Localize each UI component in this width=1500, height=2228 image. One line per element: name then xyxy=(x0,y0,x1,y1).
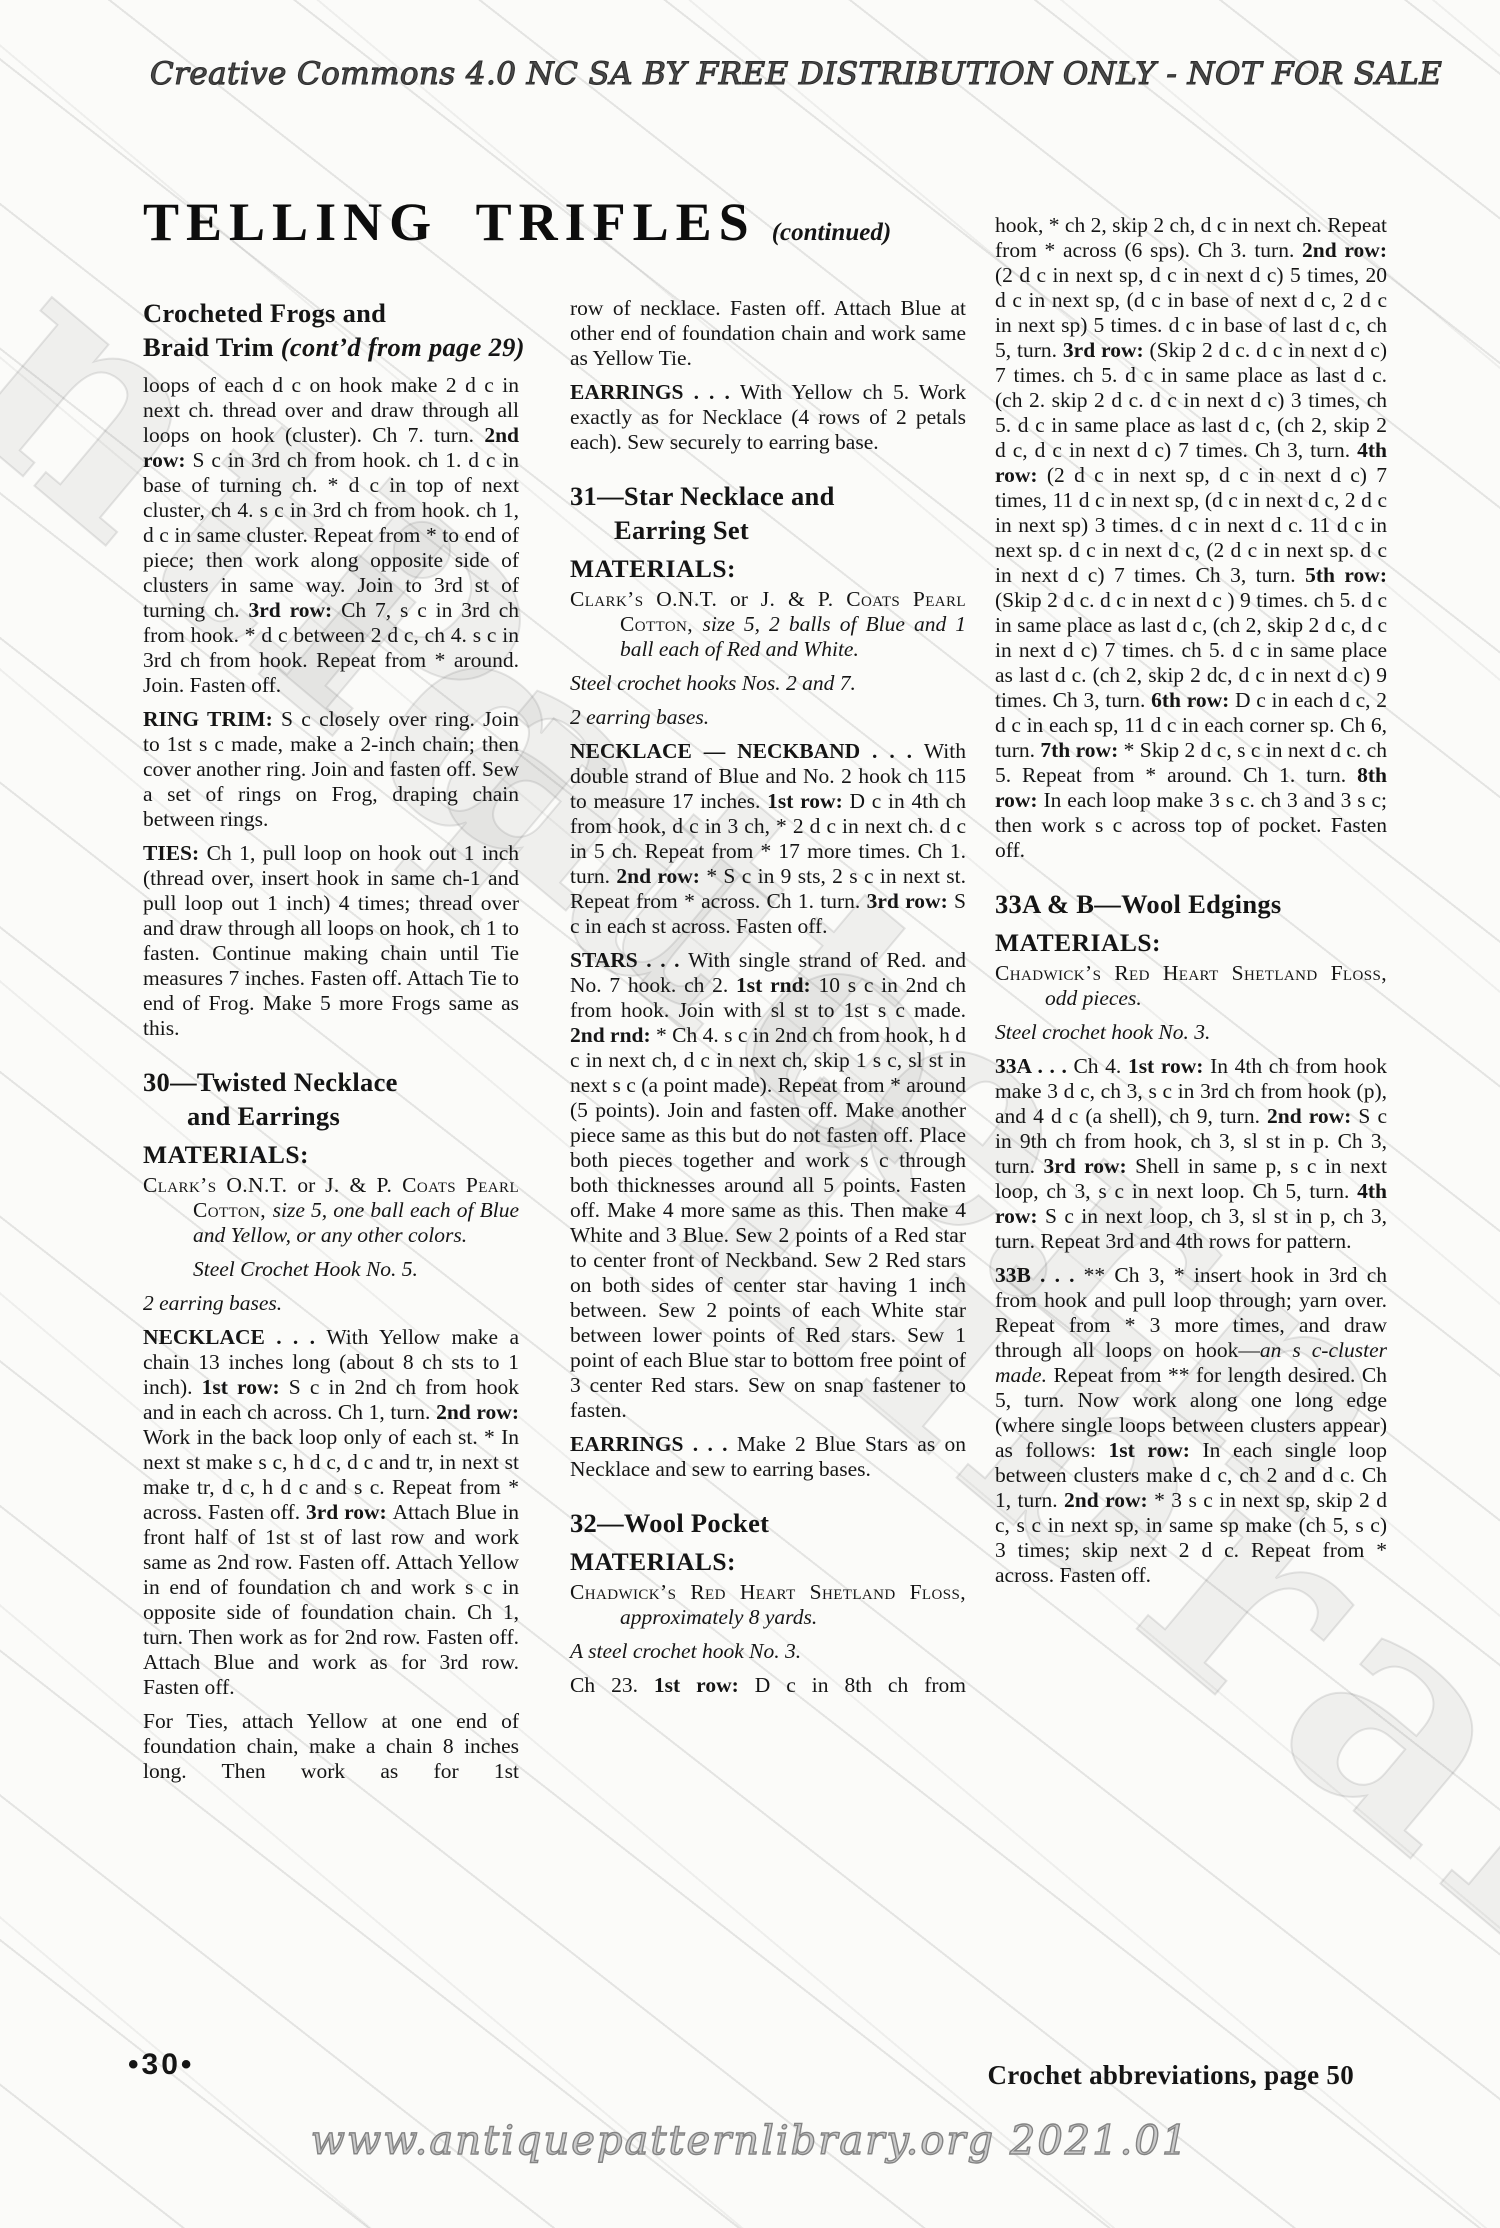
paragraph: RING TRIM: S c closely over ring. Join t… xyxy=(143,707,519,832)
text-run: loops of each d c on hook make 2 d c in … xyxy=(143,373,519,447)
paragraph: Steel crochet hooks Nos. 2 and 7. xyxy=(570,671,966,696)
text-run: 1st row: xyxy=(1128,1054,1210,1078)
text-run: 1st row: xyxy=(654,1673,755,1697)
paragraph: 2 earring bases. xyxy=(570,705,966,730)
text-run: 2nd row: xyxy=(1267,1104,1358,1128)
text-run: or xyxy=(730,587,748,611)
text-run: MATERIALS: xyxy=(570,1547,736,1576)
text-run: STARS . . . xyxy=(570,948,688,972)
paragraph: hook, * ch 2, skip 2 ch, d c in next ch.… xyxy=(995,213,1387,863)
section-heading: 33A & B—Wool Edgings xyxy=(995,887,1387,921)
text-run: 3rd row: xyxy=(1043,1154,1135,1178)
paragraph: Clark’s O.N.T. or J. & P. Coats Pearl Co… xyxy=(143,1173,519,1248)
text-run: EARRINGS . . . xyxy=(570,380,740,404)
text-run: S c in next loop, ch 3, sl st in p, ch 3… xyxy=(995,1204,1387,1253)
text-run: and Earrings xyxy=(187,1101,340,1131)
text-run: Earring Set xyxy=(614,515,749,545)
column-2: row of necklace. Fasten off. Attach Blue… xyxy=(570,296,966,1698)
text-run: 2nd row: xyxy=(1302,238,1387,262)
paragraph: Steel Crochet Hook No. 5. xyxy=(143,1257,519,1282)
section-heading-line: 30—Twisted Necklace xyxy=(143,1065,519,1099)
text-run: S c in 3rd ch from hook. ch 1. d c in ba… xyxy=(143,448,519,622)
materials-label: MATERIALS: xyxy=(570,1549,966,1574)
paragraph: Ch 23. 1st row: D c in 8th ch from xyxy=(570,1673,966,1698)
text-run: 30—Twisted Necklace xyxy=(143,1067,398,1097)
text-run: 3rd row: xyxy=(306,1500,393,1524)
text-run: 2nd row: xyxy=(616,864,706,888)
paragraph: 2 earring bases. xyxy=(143,1291,519,1316)
text-run: MATERIALS: xyxy=(143,1140,309,1169)
paragraph: row of necklace. Fasten off. Attach Blue… xyxy=(570,296,966,371)
text-run: 33A & B—Wool Edgings xyxy=(995,889,1282,919)
section-heading-line: 31—Star Necklace and xyxy=(570,479,966,513)
section-heading-line: Crocheted Frogs and xyxy=(143,296,519,330)
section-heading-line: 32—Wool Pocket xyxy=(570,1506,966,1540)
paragraph: Steel crochet hook No. 3. xyxy=(995,1020,1387,1045)
page-title: TELLING TRIFLES xyxy=(143,192,756,252)
page-number: •30• xyxy=(128,2048,194,2082)
text-run: Braid Trim xyxy=(143,332,281,362)
paragraph: NECKLACE . . . With Yellow make a chain … xyxy=(143,1325,519,1700)
column-1: Crocheted Frogs andBraid Trim (cont’d fr… xyxy=(143,296,519,1784)
text-run: Steel Crochet Hook No. 5. xyxy=(193,1257,418,1281)
materials-label: MATERIALS: xyxy=(570,556,966,581)
column-3: hook, * ch 2, skip 2 ch, d c in next ch.… xyxy=(995,213,1387,1588)
text-run: MATERIALS: xyxy=(570,554,736,583)
paragraph: STARS . . . With single strand of Red. a… xyxy=(570,948,966,1423)
text-run: 1st rnd: xyxy=(736,973,818,997)
text-run: 2 earring bases. xyxy=(143,1291,282,1315)
text-run: 2nd rnd: xyxy=(570,1023,656,1047)
text-run: Steel crochet hook No. 3. xyxy=(995,1020,1210,1044)
text-run: or xyxy=(297,1173,315,1197)
paragraph: EARRINGS . . . With Yellow ch 5. Work ex… xyxy=(570,380,966,455)
paragraph: A steel crochet hook No. 3. xyxy=(570,1639,966,1664)
text-run: 6th row: xyxy=(1151,688,1235,712)
text-run: Steel crochet hooks Nos. 2 and 7. xyxy=(570,671,856,695)
text-run: 32—Wool Pocket xyxy=(570,1508,769,1538)
text-run: 3rd row: xyxy=(1063,338,1150,362)
paragraph: Chadwick’s Red Heart Shetland Floss, odd… xyxy=(995,961,1387,1011)
paragraph: TIES: Ch 1, pull loop on hook out 1 inch… xyxy=(143,841,519,1041)
text-run: Attach Blue in front half of 1st st of l… xyxy=(143,1500,519,1699)
section-heading: 31—Star Necklace andEarring Set xyxy=(570,479,966,547)
text-run: For Ties, attach Yellow at one end of fo… xyxy=(143,1709,519,1783)
text-run: Ch 23. xyxy=(570,1673,654,1697)
text-run: Chadwick’s Red Heart Shetland Floss, xyxy=(570,1580,966,1604)
materials-label: MATERIALS: xyxy=(995,930,1387,955)
paragraph: Clark’s O.N.T. or J. & P. Coats Pearl Co… xyxy=(570,587,966,662)
text-run: Ch 4. xyxy=(1073,1054,1127,1078)
text-run: Clark’s O.N.T. xyxy=(143,1173,297,1197)
text-run: RING TRIM: xyxy=(143,707,281,731)
text-run: * Ch 4. s c in 2nd ch from hook, h d c i… xyxy=(570,1023,966,1422)
text-run: TIES: xyxy=(143,841,207,865)
section-heading: Crocheted Frogs andBraid Trim (cont’d fr… xyxy=(143,296,519,364)
paragraph: Chadwick’s Red Heart Shetland Floss, app… xyxy=(570,1580,966,1630)
text-run: 2 earring bases. xyxy=(570,705,709,729)
text-run: (cont’d from page 29) xyxy=(281,332,525,362)
text-run: 1st row: xyxy=(767,789,849,813)
text-run: 2nd row: xyxy=(1064,1488,1154,1512)
paragraph: NECKLACE — NECKBAND . . . With double st… xyxy=(570,739,966,939)
text-run: row of necklace. Fasten off. Attach Blue… xyxy=(570,296,966,370)
scanned-page: { "page": { "license_line": "Creative Co… xyxy=(0,0,1500,2228)
text-run: 2nd row: xyxy=(436,1400,519,1424)
text-run: NECKLACE . . . xyxy=(143,1325,326,1349)
paragraph: EARRINGS . . . Make 2 Blue Stars as on N… xyxy=(570,1432,966,1482)
paragraph: 33A . . . Ch 4. 1st row: In 4th ch from … xyxy=(995,1054,1387,1254)
footer-note: Crochet abbreviations, page 50 xyxy=(988,2060,1355,2091)
text-run: EARRINGS . . . xyxy=(570,1432,737,1456)
section-heading-line: Earring Set xyxy=(570,513,966,547)
section-heading-line: Braid Trim (cont’d from page 29) xyxy=(143,330,519,364)
text-run: 31—Star Necklace and xyxy=(570,481,835,511)
text-run: 1st row: xyxy=(1109,1438,1203,1462)
text-run: Crocheted Frogs and xyxy=(143,298,386,328)
text-run: Clark’s O.N.T. xyxy=(570,587,730,611)
text-run: 33A . . . xyxy=(995,1054,1073,1078)
text-run: Ch 1, pull loop on hook out 1 inch (thre… xyxy=(143,841,519,1040)
text-run: 5th row: xyxy=(1305,563,1387,587)
section-heading-line: and Earrings xyxy=(143,1099,519,1133)
text-run: approximately 8 yards. xyxy=(620,1605,817,1629)
text-run: odd pieces. xyxy=(1045,986,1142,1010)
paragraph: loops of each d c on hook make 2 d c in … xyxy=(143,373,519,698)
section-heading: 30—Twisted Necklaceand Earrings xyxy=(143,1065,519,1133)
text-run: In each loop make 3 s c. ch 3 and 3 s c;… xyxy=(995,788,1387,862)
section-heading: 32—Wool Pocket xyxy=(570,1506,966,1540)
paragraph: For Ties, attach Yellow at one end of fo… xyxy=(143,1709,519,1784)
text-run: NECKLACE — NECKBAND . . . xyxy=(570,739,924,763)
title-row: TELLING TRIFLES(continued) xyxy=(143,193,891,251)
text-run: Chadwick’s Red Heart Shetland Floss, xyxy=(995,961,1387,985)
paragraph: 33B . . . ** Ch 3, * insert hook in 3rd … xyxy=(995,1263,1387,1588)
text-run: A steel crochet hook No. 3. xyxy=(570,1639,801,1663)
text-run: D c in 8th ch from xyxy=(755,1673,966,1697)
text-run: 1st row: xyxy=(202,1375,289,1399)
license-banner: Creative Commons 4.0 NC SA BY FREE DISTR… xyxy=(150,56,1442,92)
text-run: 7th row: xyxy=(1040,738,1123,762)
materials-label: MATERIALS: xyxy=(143,1142,519,1167)
text-run: 33B . . . xyxy=(995,1263,1084,1287)
site-stamp: www.antiquepatternlibrary.org 2021.01 xyxy=(311,2118,1190,2164)
section-heading-line: 33A & B—Wool Edgings xyxy=(995,887,1387,921)
text-run: 3rd row: xyxy=(249,598,342,622)
text-run: MATERIALS: xyxy=(995,928,1161,957)
text-run: 3rd row: xyxy=(867,889,954,913)
page-title-note: (continued) xyxy=(772,219,891,246)
